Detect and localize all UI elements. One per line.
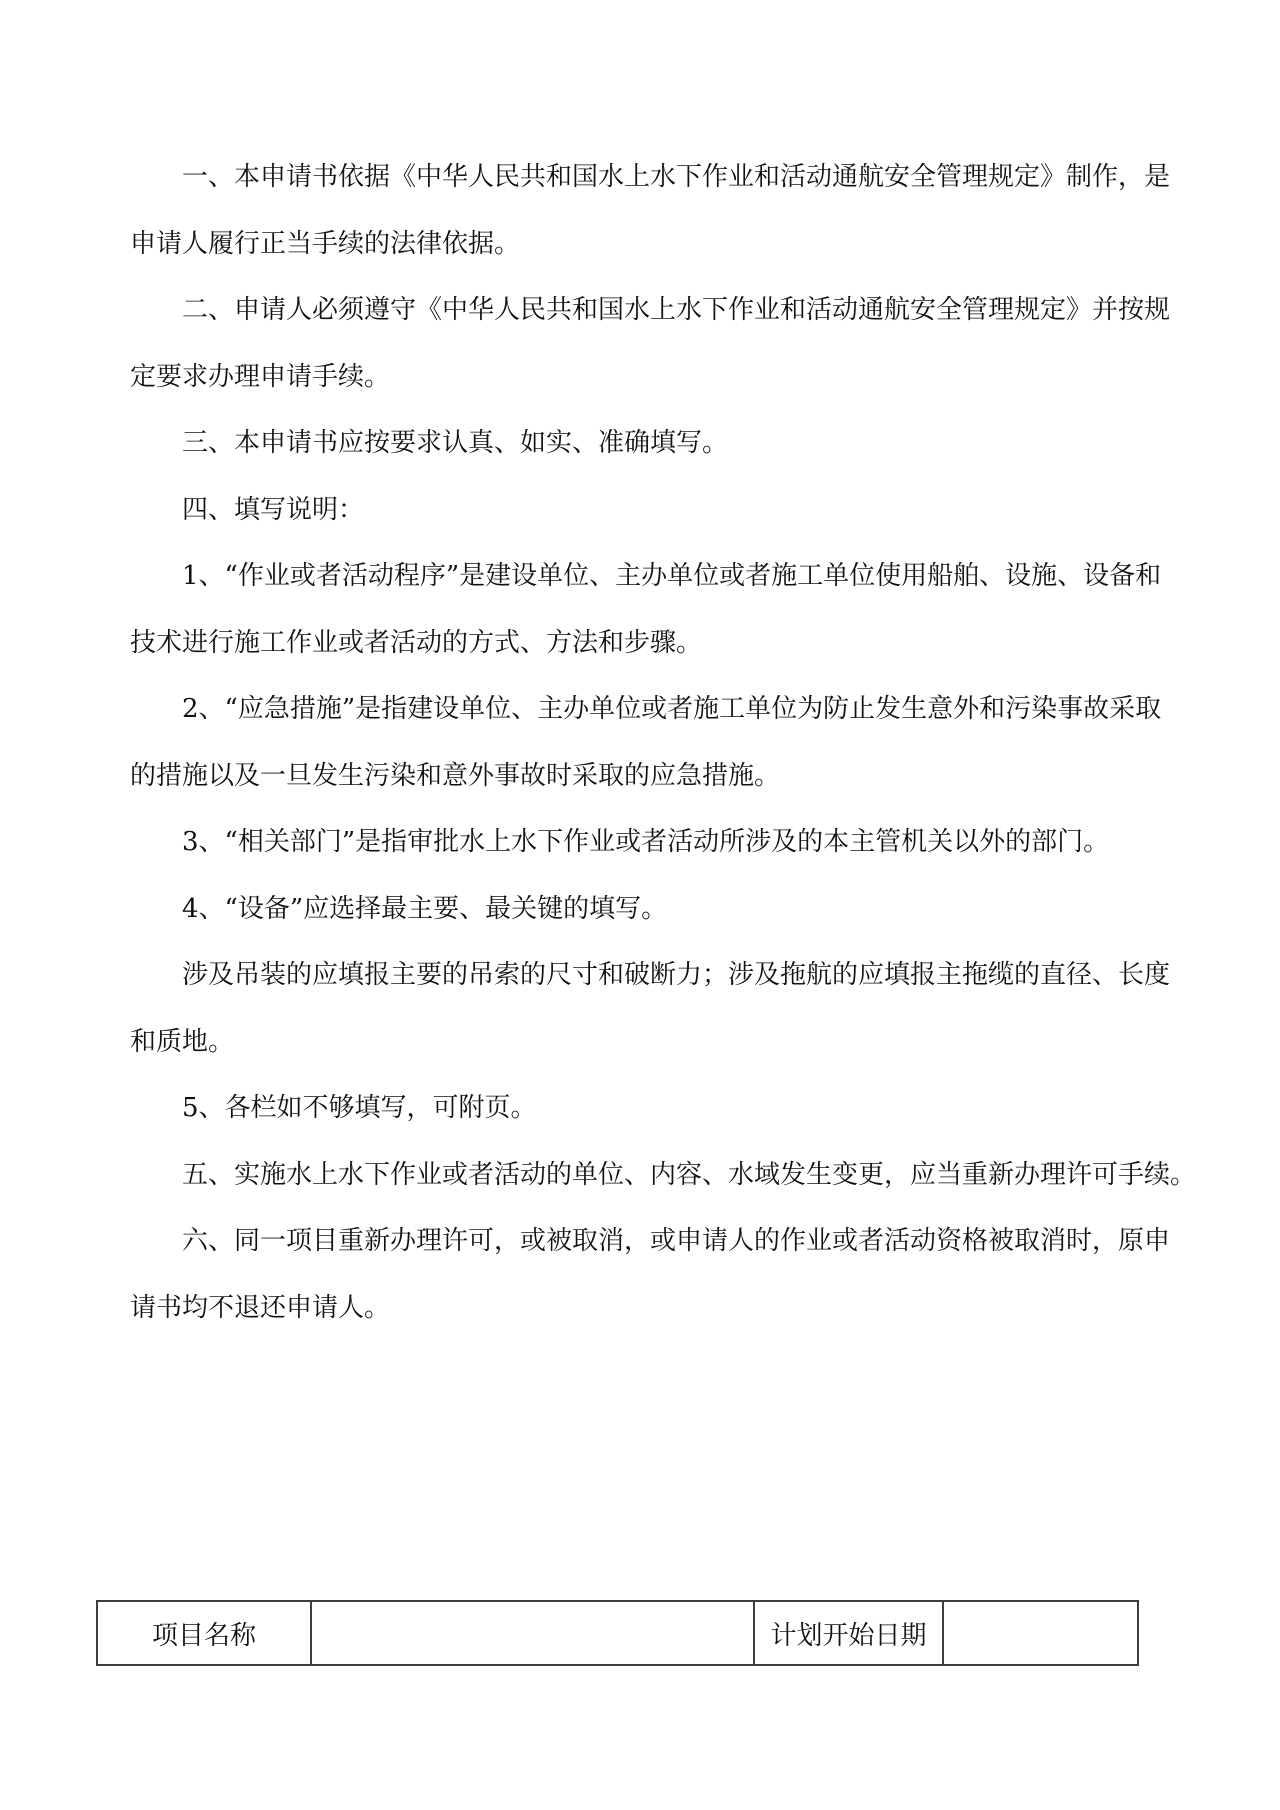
planned-start-date-header-cell: 计划开始日期 [755,1602,944,1664]
document-line: 请书均不退还申请人。 [130,1275,1175,1342]
document-line: 4、“设备”应选择最主要、最关键的填写。 [130,876,1175,943]
document-line: 一、本申请书依据《中华人民共和国水上水下作业和活动通航安全管理规定》制作，是 [130,144,1175,211]
document-line: 的措施以及一旦发生污染和意外事故时采取的应急措施。 [130,743,1175,810]
document-line: 申请人履行正当手续的法律依据。 [130,211,1175,278]
project-info-table: 项目名称 计划开始日期 [96,1600,1139,1666]
document-line: 三、本申请书应按要求认真、如实、准确填写。 [130,410,1175,477]
document-line: 1、“作业或者活动程序”是建设单位、主办单位或者施工单位使用船舶、设施、设备和 [130,543,1175,610]
project-name-value-cell [312,1602,755,1664]
document-line: 二、申请人必须遵守《中华人民共和国水上水下作业和活动通航安全管理规定》并按规 [130,277,1175,344]
document-line: 和质地。 [130,1009,1175,1076]
document-line: 3、“相关部门”是指审批水上水下作业或者活动所涉及的本主管机关以外的部门。 [130,809,1175,876]
document-line: 五、实施水上水下作业或者活动的单位、内容、水域发生变更，应当重新办理许可手续。 [130,1142,1175,1209]
document-line: 涉及吊装的应填报主要的吊索的尺寸和破断力；涉及拖航的应填报主拖缆的直径、长度 [130,942,1175,1009]
document-line: 技术进行施工作业或者活动的方式、方法和步骤。 [130,610,1175,677]
document-line: 2、“应急措施”是指建设单位、主办单位或者施工单位为防止发生意外和污染事故采取 [130,676,1175,743]
document-line: 定要求办理申请手续。 [130,344,1175,411]
document-line: 四、填写说明： [130,477,1175,544]
document-line: 5、各栏如不够填写，可附页。 [130,1075,1175,1142]
document-line: 六、同一项目重新办理许可，或被取消，或申请人的作业或者活动资格被取消时，原申 [130,1208,1175,1275]
instructions-text-block: 一、本申请书依据《中华人民共和国水上水下作业和活动通航安全管理规定》制作，是 申… [130,144,1175,1341]
project-name-header-cell: 项目名称 [98,1602,312,1664]
document-page: 一、本申请书依据《中华人民共和国水上水下作业和活动通航安全管理规定》制作，是 申… [0,0,1280,1810]
planned-start-date-value-cell [944,1602,1137,1664]
